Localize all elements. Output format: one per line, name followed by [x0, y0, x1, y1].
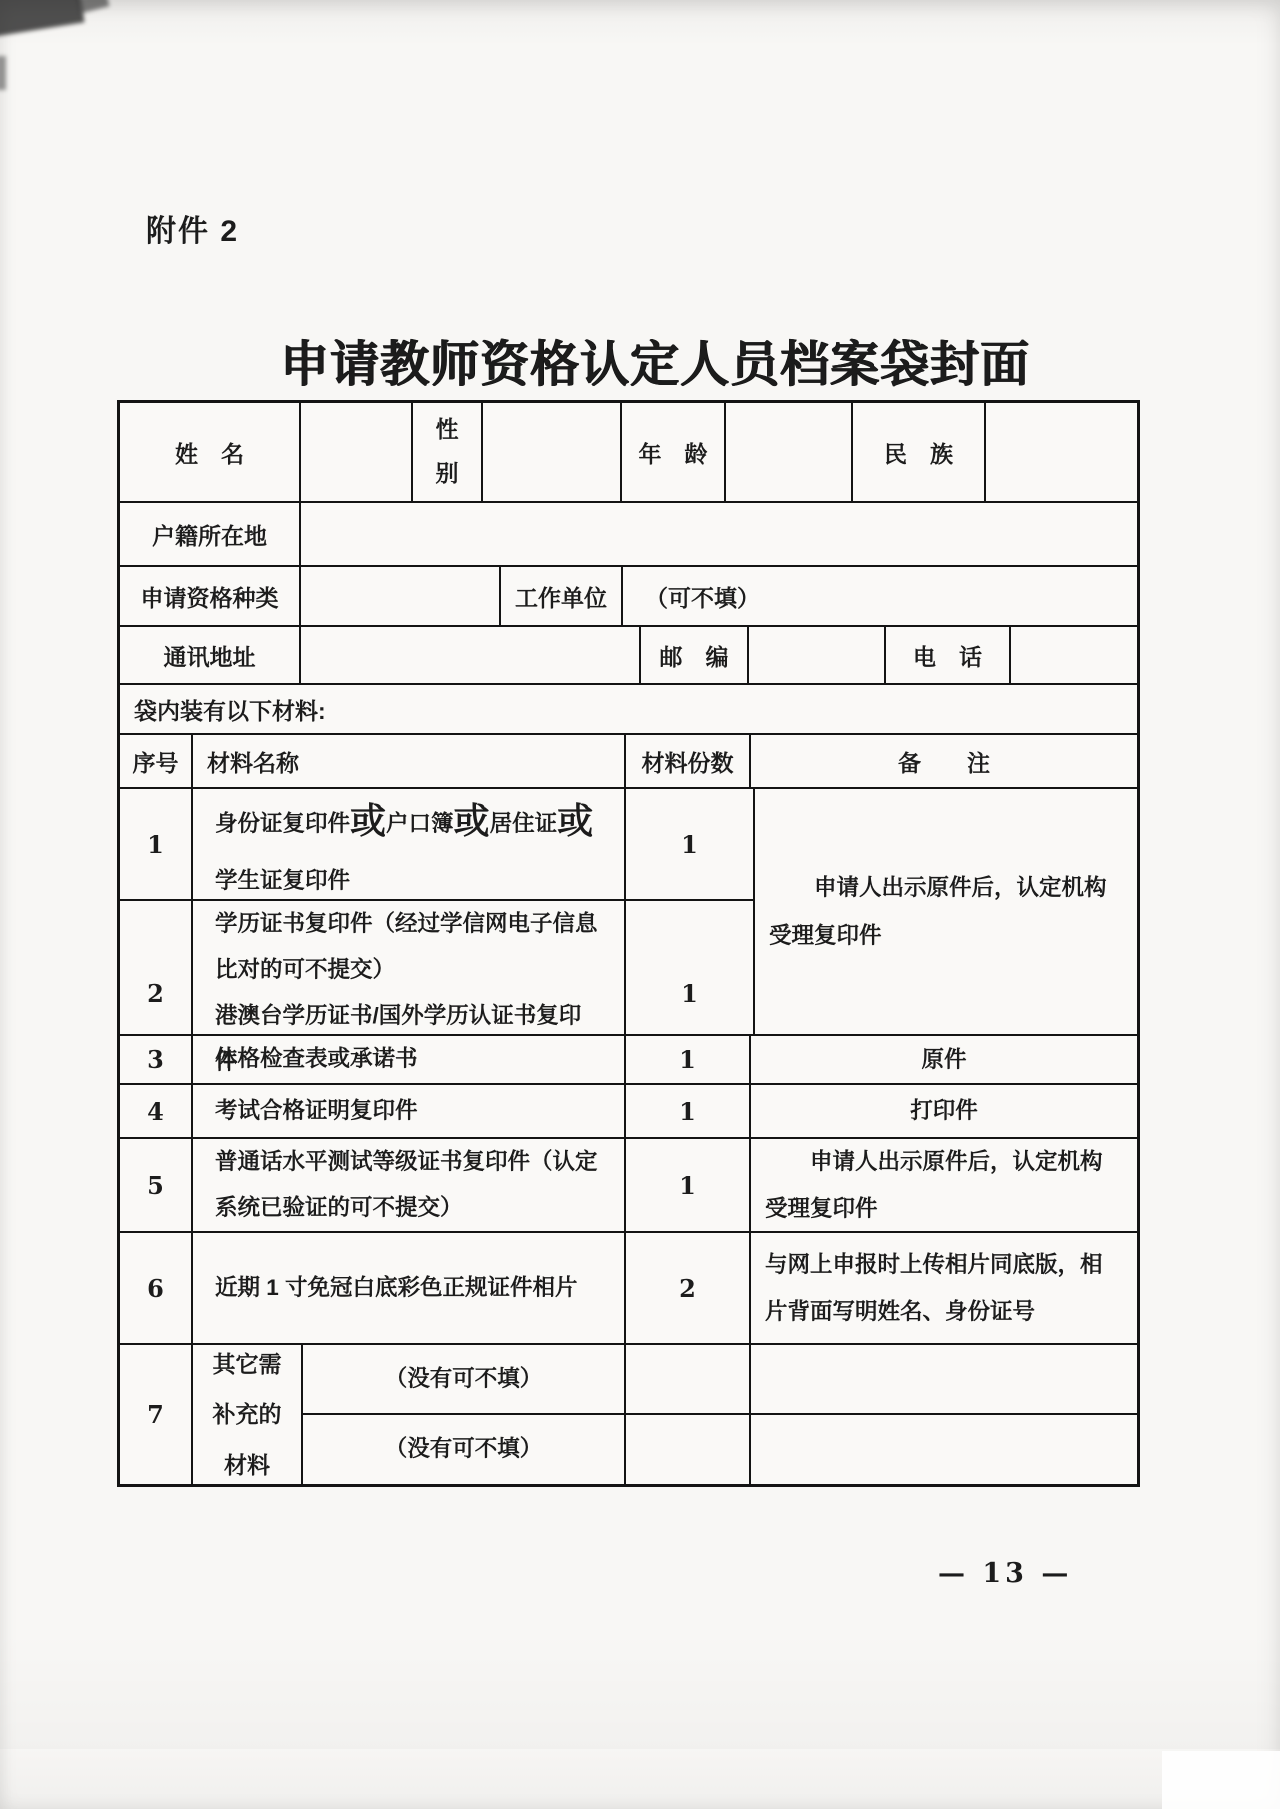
row-item-4: 4 考试合格证明复印件 1 打印件: [120, 1085, 1137, 1139]
item4-name-cell: 考试合格证明复印件: [193, 1085, 626, 1137]
item6-count: 2: [679, 1274, 696, 1303]
item7-sub1-remark-cell: [751, 1345, 1137, 1413]
item7-no: 7: [147, 1400, 164, 1429]
item7-sub2-note: （没有可不填）: [385, 1426, 543, 1472]
item5-name-cell: 普通话水平测试等级证书复印件（认定系统已验证的可不提交）: [193, 1139, 626, 1231]
items-1-2-left-stack: 1 身份证复印件或户口簿或居住证或 学生证复印件 1 2: [120, 789, 755, 1034]
item5-remark-cell: 申请人出示原件后，认定机构受理复印件: [751, 1139, 1137, 1231]
item3-remark-cell: 原件: [751, 1036, 1137, 1083]
residence-value-cell: [301, 503, 1137, 565]
items-1-2-merged-remark: 申请人出示原件后，认定机构受理复印件: [769, 864, 1123, 959]
item6-remark: 与网上申报时上传相片同底版，相片背面写明姓名、身份证号: [765, 1241, 1123, 1336]
scan-artifact-top-left: [0, 0, 85, 37]
item7-label-cell: 其它需补充的材料: [193, 1345, 303, 1484]
item6-count-cell: 2: [626, 1233, 751, 1343]
item3-name: 体格检查表或承诺书: [215, 1036, 418, 1082]
qualification-value-cell: [301, 567, 501, 625]
item5-no-cell: 5: [120, 1139, 193, 1231]
item4-no-cell: 4: [120, 1085, 193, 1137]
item6-no-cell: 6: [120, 1233, 193, 1343]
items-1-2-merged-remark-cell: 申请人出示原件后，认定机构受理复印件: [755, 789, 1137, 1034]
item3-name-cell: 体格检查表或承诺书: [193, 1036, 626, 1083]
item7-sub1-note-cell: （没有可不填）: [303, 1345, 626, 1413]
name-label-cell: 姓 名: [120, 403, 301, 501]
phone-value-cell: [1011, 627, 1137, 683]
address-label-cell: 通讯地址: [120, 627, 301, 683]
row-qualification: 申请资格种类 工作单位 （可不填）: [120, 567, 1137, 627]
document-title: 申请教师资格认定人员档案袋封面: [0, 326, 1280, 396]
item7-sub1-note: （没有可不填）: [385, 1356, 543, 1402]
qualification-label-cell: 申请资格种类: [120, 567, 301, 625]
item7-sub2-remark-cell: [751, 1415, 1137, 1484]
age-label-cell: 年 龄: [622, 403, 726, 501]
header-remark-cell: 备 注: [751, 735, 1137, 787]
item6-no: 6: [147, 1274, 164, 1303]
item1-part3: 居住证: [490, 811, 558, 836]
age-value-cell: [726, 403, 853, 501]
item7-no-cell: 7: [120, 1345, 193, 1484]
row-address: 通讯地址 邮 编 电 话: [120, 627, 1137, 685]
item2-count: 1: [681, 979, 698, 1008]
item1-no-cell: 1: [120, 789, 193, 899]
item5-count-cell: 1: [626, 1139, 751, 1231]
row-item-7: 7 其它需补充的材料 （没有可不填） （没有可不填）: [120, 1345, 1137, 1484]
name-value-cell: [301, 403, 413, 501]
workunit-label-cell: 工作单位: [501, 567, 623, 625]
item1-or1: 或: [350, 800, 386, 841]
item4-count-cell: 1: [626, 1085, 751, 1137]
item1-or2: 或: [454, 800, 490, 841]
page-number: — 13 —: [938, 1558, 1072, 1589]
header-name-cell: 材料名称: [193, 735, 626, 787]
row-item-5: 5 普通话水平测试等级证书复印件（认定系统已验证的可不提交） 1 申请人出示原件…: [120, 1139, 1137, 1233]
postcode-label-cell: 邮 编: [641, 627, 749, 683]
scan-artifact-bottom-right: [1162, 1751, 1280, 1809]
item5-remark: 申请人出示原件后，认定机构受理复印件: [765, 1139, 1123, 1231]
item2-name-line1: 学历证书复印件（经过学信网电子信息比对的可不提交）: [215, 901, 602, 993]
item1-part4: 学生证复印件: [215, 858, 593, 899]
materials-intro-cell: 袋内装有以下材料:: [120, 685, 1137, 733]
scanned-document-page: 附件 2 申请教师资格认定人员档案袋封面 姓 名 性别 年 龄 民 族 户籍所在…: [0, 0, 1280, 1809]
header-no-cell: 序号: [120, 735, 193, 787]
item1-count-cell: 1: [626, 789, 753, 899]
item4-remark: 打印件: [910, 1087, 978, 1134]
item7-subrows: （没有可不填） （没有可不填）: [303, 1345, 1137, 1484]
item1-no: 1: [147, 830, 164, 859]
scan-artifact-left-edge: [0, 56, 6, 90]
ethnic-value-cell: [986, 403, 1137, 501]
row-residence: 户籍所在地: [120, 503, 1137, 567]
row-item-1: 1 身份证复印件或户口簿或居住证或 学生证复印件 1: [120, 789, 753, 901]
attachment-number-label: 附件 2: [146, 206, 239, 250]
item5-no: 5: [147, 1171, 164, 1200]
item7-label: 其它需补充的材料: [209, 1345, 285, 1484]
gender-value-cell: [483, 403, 622, 501]
item1-name-cell: 身份证复印件或户口簿或居住证或 学生证复印件: [193, 789, 626, 899]
item5-name: 普通话水平测试等级证书复印件（认定系统已验证的可不提交）: [215, 1139, 602, 1231]
gender-label: 性别: [432, 408, 462, 495]
rows-item1-item2: 1 身份证复印件或户口簿或居住证或 学生证复印件 1 2: [120, 789, 1137, 1036]
item7-sub2-note-cell: （没有可不填）: [303, 1415, 626, 1484]
item1-count: 1: [681, 830, 698, 859]
ethnic-label-cell: 民 族: [853, 403, 986, 501]
item3-count: 1: [679, 1045, 696, 1074]
item1-part1: 身份证复印件: [215, 811, 350, 836]
item5-count: 1: [679, 1171, 696, 1200]
item3-remark: 原件: [921, 1036, 966, 1083]
scan-shadow-bottom: [0, 1629, 1280, 1749]
item6-name-cell: 近期 1 寸免冠白底彩色正规证件相片: [193, 1233, 626, 1343]
item3-no: 3: [147, 1045, 164, 1074]
gender-label-cell: 性别: [413, 403, 483, 501]
item7-subrow-1: （没有可不填）: [303, 1345, 1137, 1415]
postcode-value-cell: [749, 627, 886, 683]
row-item-6: 6 近期 1 寸免冠白底彩色正规证件相片 2 与网上申报时上传相片同底版，相片背…: [120, 1233, 1137, 1345]
item7-subrow-2: （没有可不填）: [303, 1415, 1137, 1484]
item7-sub1-count-cell: [626, 1345, 751, 1413]
item4-no: 4: [147, 1097, 164, 1126]
item4-count: 1: [679, 1097, 696, 1126]
item4-remark-cell: 打印件: [751, 1085, 1137, 1137]
item6-name: 近期 1 寸免冠白底彩色正规证件相片: [215, 1265, 578, 1311]
item1-or3: 或: [557, 800, 593, 841]
item6-remark-cell: 与网上申报时上传相片同底版，相片背面写明姓名、身份证号: [751, 1233, 1137, 1343]
item1-part2: 户口簿: [386, 811, 454, 836]
item4-name: 考试合格证明复印件: [215, 1088, 418, 1134]
header-count-cell: 材料份数: [626, 735, 751, 787]
item3-no-cell: 3: [120, 1036, 193, 1083]
row-personal-basic: 姓 名 性别 年 龄 民 族: [120, 403, 1137, 503]
item7-sub2-count-cell: [626, 1415, 751, 1484]
row-materials-intro: 袋内装有以下材料:: [120, 685, 1137, 735]
archive-bag-cover-form: 姓 名 性别 年 龄 民 族 户籍所在地 申请资格种类 工作单位 （可不填） 通…: [117, 400, 1140, 1487]
address-value-cell: [301, 627, 641, 683]
scan-artifact-top-left-2: [77, 0, 110, 13]
phone-label-cell: 电 话: [886, 627, 1011, 683]
item2-no: 2: [147, 979, 164, 1008]
row-materials-header: 序号 材料名称 材料份数 备 注: [120, 735, 1137, 789]
row-item-3: 3 体格检查表或承诺书 1 原件: [120, 1036, 1137, 1085]
item3-count-cell: 1: [626, 1036, 751, 1083]
workunit-note-cell: （可不填）: [623, 567, 1137, 625]
item1-name: 身份证复印件或户口簿或居住证或 学生证复印件: [215, 789, 593, 899]
residence-label-cell: 户籍所在地: [120, 503, 301, 565]
